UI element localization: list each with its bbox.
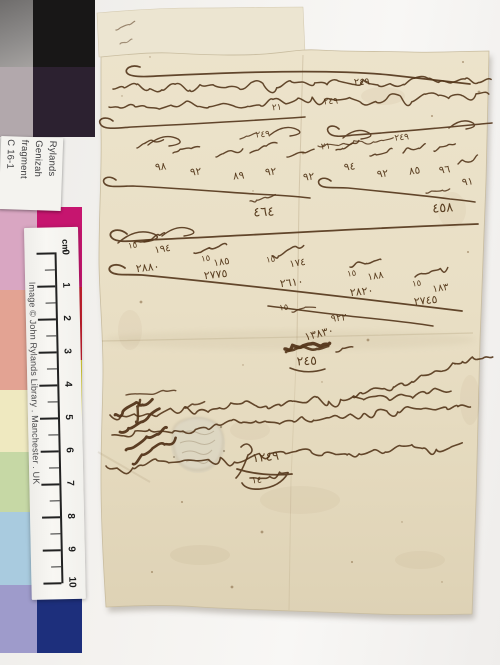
t1-left-total: ٤٦٤ <box>253 204 275 220</box>
ruler-tick-minor <box>49 467 59 468</box>
ink-speckle <box>351 561 353 563</box>
t1-left-value: ٩٢ <box>302 170 315 183</box>
ruler-number: 9 <box>66 546 77 552</box>
t1-right-header-day: ٢١ <box>320 142 331 153</box>
ruler-tick-major <box>37 285 55 287</box>
ruler-tick-minor <box>50 500 60 501</box>
label-line: Genizah <box>29 140 45 211</box>
numeral-year-line2: ٢٤٩ <box>323 97 338 108</box>
ruler-tick-major <box>37 252 55 254</box>
t1-right-value: ٩٦ <box>438 163 451 177</box>
ruler-number: 6 <box>64 447 75 453</box>
t2-rate: ١٥ <box>411 278 421 289</box>
ruler-tick-major <box>40 417 58 419</box>
specimen-label-text: Rylands Genizah fragment C 16-1 <box>0 136 61 212</box>
ink-speckle <box>151 571 153 573</box>
photograph: Rylands Genizah fragment C 16-1 Image © … <box>0 0 500 665</box>
ruler-tick-minor <box>46 335 56 336</box>
ink-speckle <box>140 301 143 304</box>
ruler-number: 3 <box>62 348 73 354</box>
date-day: ١٤ <box>251 475 262 487</box>
ruler-number: 2 <box>61 315 72 321</box>
t2-rate-total: ١٥ <box>279 303 289 314</box>
ink-speckle <box>462 61 464 63</box>
t2-amount: ٢٨٨٠ <box>135 260 160 275</box>
date-year: ١٢٤٩ <box>251 448 280 466</box>
ink-speckle <box>321 381 322 382</box>
numeral-year-line1: ٢٤٩ <box>354 77 371 89</box>
t1-right-value: ٩٢ <box>376 167 389 181</box>
ruler-tick-major <box>41 483 59 485</box>
ruler-tick-major <box>41 450 59 452</box>
t2-rate: ١٥ <box>346 268 356 279</box>
t2-footer-value: ٢٤٥ <box>296 352 317 368</box>
t2-amount: ٢٧٤٥ <box>413 293 438 308</box>
ink-speckle <box>431 115 433 117</box>
numeral-day-line2: ٢١ <box>272 103 282 114</box>
t1-right-value: ٩١ <box>461 175 474 188</box>
ruler-number: 4 <box>62 381 73 387</box>
label-line: C 16-1 <box>1 139 17 210</box>
ink-speckle <box>441 581 442 582</box>
copyright-text: Image © John Rylands Library . Mancheste… <box>27 282 41 485</box>
ruler-tick-major <box>43 549 61 551</box>
ink-speckle <box>467 251 469 253</box>
ruler-tick-major <box>42 516 60 518</box>
ink-speckle <box>231 586 234 589</box>
t2-rate: ١٥ <box>200 253 210 264</box>
ruler-number: 8 <box>65 513 76 519</box>
ink-speckle <box>121 95 122 96</box>
t1-left-value: ٨٩ <box>232 169 245 182</box>
ruler-number: 10 <box>66 576 77 587</box>
ruler-number: 7 <box>64 480 75 486</box>
ruler-tick-minor <box>50 533 60 534</box>
ruler-tick-minor <box>46 302 56 303</box>
label-line: Rylands <box>43 140 59 211</box>
ruler-number: 1 <box>60 282 71 288</box>
ink-speckle <box>252 190 253 191</box>
fragment-top-flap <box>97 7 305 57</box>
t2-amount: ٢٧٧٥ <box>203 267 228 282</box>
t1-left-value: ٩٢ <box>189 165 202 178</box>
t2-rate: ١٥ <box>265 254 275 265</box>
t2-rate: ١٥ <box>127 240 137 251</box>
ink-speckle <box>242 364 243 365</box>
ruler-tick-major <box>38 318 56 320</box>
t1-right-value: ٨٥ <box>408 164 421 177</box>
t1-left-value: ٩٨ <box>154 160 167 173</box>
ruler-tick-minor <box>48 434 58 435</box>
ink-speckle <box>367 339 370 342</box>
specimen-label: Rylands Genizah fragment C 16-1 <box>0 136 63 211</box>
t2-amount: ٢٨٢٠ <box>349 284 374 299</box>
ruler: Image © John Rylands Library . Mancheste… <box>24 227 86 600</box>
ruler-tick-major <box>43 582 61 584</box>
ruler-tick-major <box>39 384 57 386</box>
ruler-tick-minor <box>48 401 58 402</box>
ruler-tick-minor <box>51 566 61 567</box>
t1-right-header-year: ٢٤٩ <box>394 132 410 143</box>
ruler-tick-minor <box>47 368 57 369</box>
ruler-number: 0 <box>59 249 70 255</box>
t2-amount: ٢٦١٠ <box>279 275 304 290</box>
label-line: fragment <box>15 139 31 210</box>
t2-count-total: ٩٢٢ <box>330 312 347 324</box>
ink-speckle <box>261 531 264 534</box>
ink-speckle <box>181 501 183 503</box>
t1-left-header-year: ٢٤٩ <box>255 129 270 140</box>
t1-right-value: ٩٤ <box>343 160 356 173</box>
ruler-tick-minor <box>45 269 55 270</box>
t1-left-value: ٩٢ <box>264 165 277 178</box>
ruler-number: 5 <box>63 414 74 420</box>
ink-speckle <box>149 56 150 57</box>
ink-speckle <box>401 521 402 522</box>
t1-right-total: ٤٥٨ <box>432 200 454 216</box>
ruler-tick-major <box>39 351 57 353</box>
